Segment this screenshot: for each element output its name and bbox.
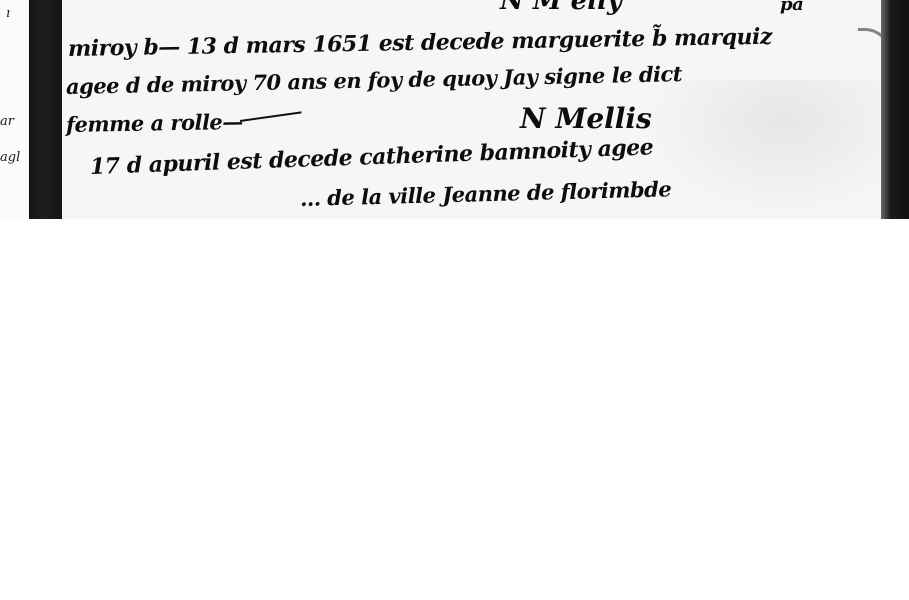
signature: N Mellis <box>520 102 652 135</box>
entry-line: femme a rolle— <box>66 109 243 137</box>
entry-line: 17 d apuril est decede catherine bamnoit… <box>90 134 654 180</box>
top-signature-fragment: N M elly <box>500 0 622 16</box>
register-scan: ı ar agl N M elly pa miroy b— 13 d mars … <box>0 0 909 219</box>
blank-area <box>0 219 909 600</box>
margin-note: ı <box>6 6 10 21</box>
binding-shadow <box>29 0 62 219</box>
underline-flourish <box>240 111 302 122</box>
top-fragment-extra: pa <box>780 0 803 15</box>
margin-note: agl <box>0 150 20 165</box>
left-margin: ı ar agl <box>0 0 28 219</box>
margin-note: ar <box>0 114 14 129</box>
entry-line: ... de la ville Jeanne de florimbde <box>300 176 672 211</box>
entry-line: miroy b— 13 d mars 1651 est decede margu… <box>68 24 772 62</box>
right-page-edge <box>881 0 909 219</box>
entry-line: agee d de miroy 70 ans en foy de quoy Ja… <box>66 61 682 99</box>
paper-stain <box>640 80 880 219</box>
